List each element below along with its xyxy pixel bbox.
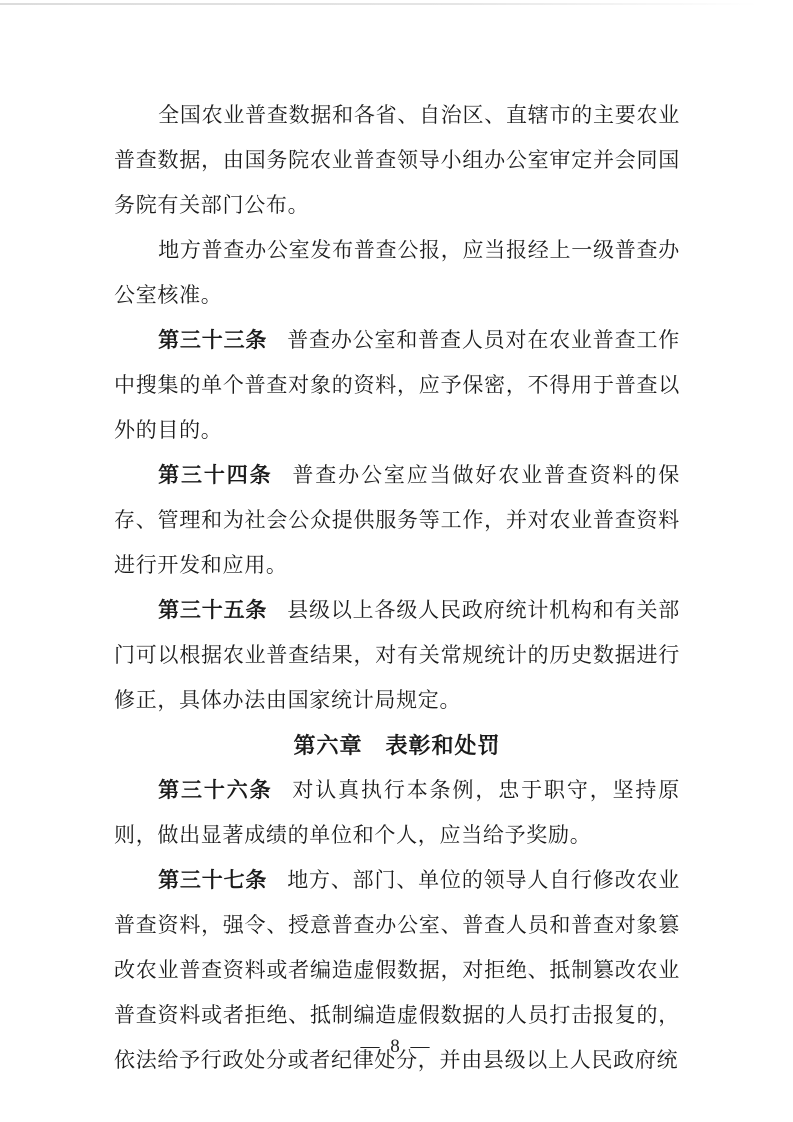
article-number: 第三十五条 — [158, 599, 267, 622]
page-number: — 8 — — [0, 1033, 793, 1061]
article-paragraph: 第三十四条普查办公室应当做好农业普查资料的保存、管理和为社会公众提供服务等工作，… — [114, 453, 680, 588]
article-paragraph: 第三十三条普查办公室和普查人员对在农业普查工作中搜集的单个普查对象的资料，应予保… — [114, 318, 680, 453]
scan-artifact-line — [0, 3, 758, 5]
paragraph: 地方普查办公室发布普查公报，应当报经上一级普查办公室核准。 — [114, 228, 680, 318]
article-paragraph: 第三十六条对认真执行本条例，忠于职守，坚持原则，做出显著成绩的单位和个人，应当给… — [114, 768, 680, 858]
document-page-content: 全国农业普查数据和各省、自治区、直辖市的主要农业普查数据，由国务院农业普查领导小… — [114, 93, 680, 1083]
article-number: 第三十六条 — [158, 779, 272, 802]
paragraph-text: 全国农业普查数据和各省、自治区、直辖市的主要农业普查数据，由国务院农业普查领导小… — [114, 103, 680, 217]
article-paragraph: 第三十五条县级以上各级人民政府统计机构和有关部门可以根据农业普查结果，对有关常规… — [114, 588, 680, 723]
chapter-heading: 第六章 表彰和处罚 — [114, 723, 680, 768]
article-number: 第三十七条 — [158, 869, 267, 892]
article-number: 第三十四条 — [158, 464, 272, 487]
paragraph: 全国农业普查数据和各省、自治区、直辖市的主要农业普查数据，由国务院农业普查领导小… — [114, 93, 680, 228]
paragraph-text: 地方普查办公室发布普查公报，应当报经上一级普查办公室核准。 — [114, 238, 680, 307]
article-number: 第三十三条 — [158, 329, 267, 352]
